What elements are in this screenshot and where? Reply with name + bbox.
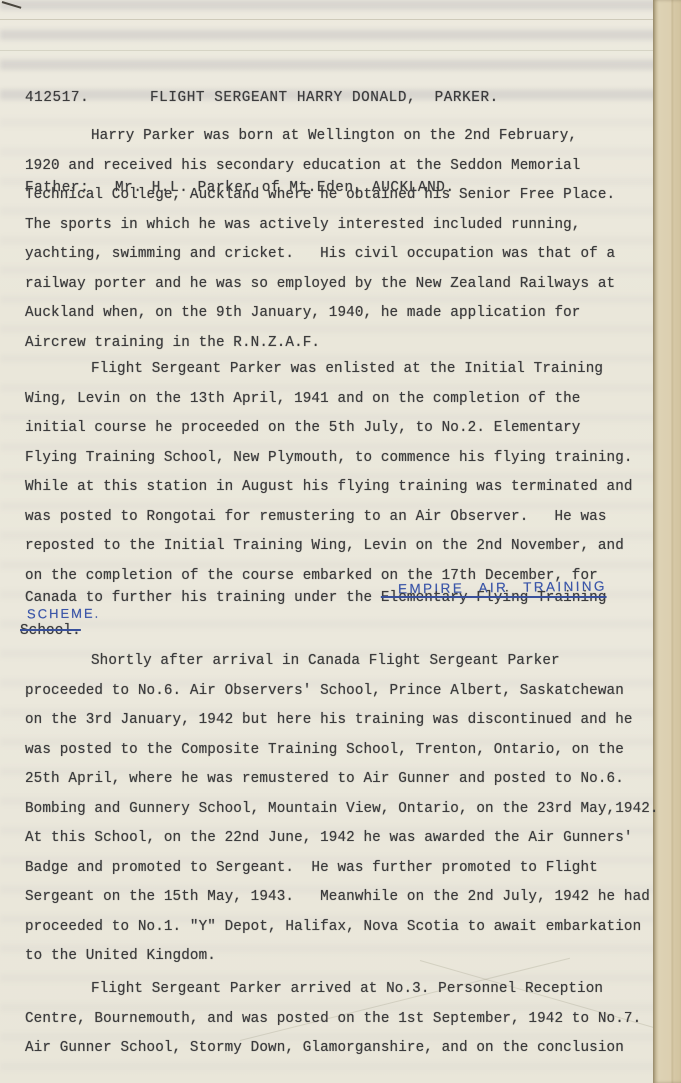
paragraph-enlistment: Flight Sergeant Parker was enlisted at t… <box>25 355 633 591</box>
scanned-document-page: 412517.FLIGHT SERGEANT HARRY DONALD, PAR… <box>0 0 681 1083</box>
struck-text-school: School. <box>20 621 81 641</box>
paragraph-canada-training: Shortly after arrival in Canada Flight S… <box>25 647 659 972</box>
struck-text-elementary-flying-training: Elementary Flying Training <box>381 590 607 606</box>
page-title: FLIGHT SERGEANT HARRY DONALD, PARKER. <box>150 90 499 106</box>
handwritten-correction-scheme: SCHEME. <box>27 606 100 622</box>
line-canada-training: Canada to further his training under the… <box>25 588 607 608</box>
canada-line-prefix: Canada to further his training under the <box>25 590 381 606</box>
header-line-1: 412517.FLIGHT SERGEANT HARRY DONALD, PAR… <box>25 83 499 113</box>
service-number: 412517. <box>25 83 150 113</box>
corner-ink-mark <box>2 1 22 9</box>
paragraph-united-kingdom: Flight Sergeant Parker arrived at No.3. … <box>25 975 641 1064</box>
horizontal-rule-artifact <box>0 19 681 20</box>
paragraph-early-life: Harry Parker was born at Wellington on t… <box>25 122 615 358</box>
